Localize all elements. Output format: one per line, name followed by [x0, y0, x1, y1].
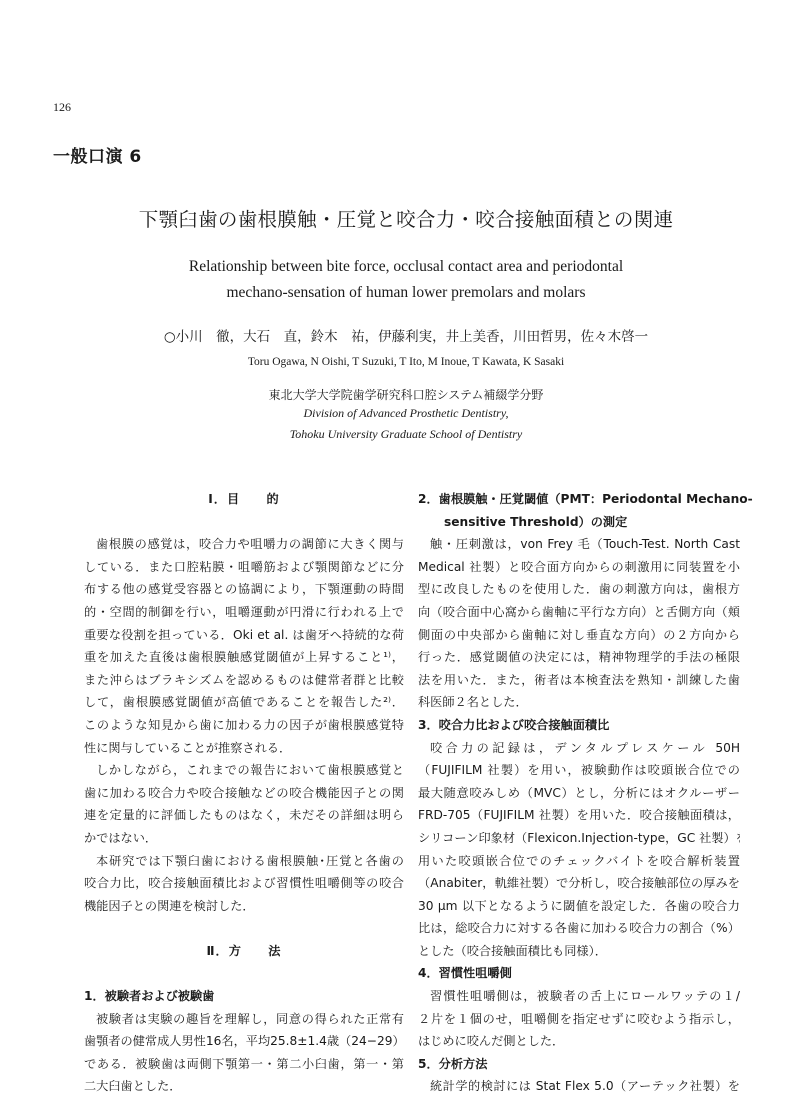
- body-line: 性に関与していることが推察される．: [84, 737, 404, 760]
- authors-japanese: ○小川 徹，大石 直，鈴木 祐，伊藤利実，井上美香，川田哲男，佐々木啓一: [0, 325, 812, 345]
- subsection-heading-subjects: 1．被験者および被験歯: [84, 985, 404, 1008]
- body-line: 本研究では下顎臼歯における歯根膜触･圧覚と各歯の: [84, 850, 404, 873]
- body-line: 重要な役割を担っている．Oki et al. は歯牙へ持続的な荷: [84, 624, 404, 647]
- affiliation-english-line-2: Tohoku University Graduate School of Den…: [0, 427, 812, 442]
- body-line: 統計学的検討には Stat Flex 5.0（アーテック社製）を: [418, 1075, 740, 1098]
- body-line: 30 μm 以下となるように閾値を設定した．各歯の咬合力: [418, 895, 740, 918]
- body-line: 用いた咬頭嵌合位でのチェックバイトを咬合解析装置: [418, 850, 740, 873]
- body-line: 咬合力の記録は，デンタルプレスケール 50H: [418, 737, 740, 760]
- body-line: 触・圧刺激は，von Frey 毛（Touch-Test. North Cast: [418, 533, 740, 556]
- body-line: である．被験歯は両側下顎第一・第二小臼歯，第一・第: [84, 1053, 404, 1076]
- body-line: はじめに咬んだ側とした．: [418, 1030, 740, 1053]
- body-line: 法を用いた．また，術者は本検査法を熟知・訓練した歯: [418, 669, 740, 692]
- body-line: （Anabiter，軌維社製）で分析し，咬合接触部位の厚みを: [418, 872, 740, 895]
- left-column: Ⅰ．目 的 歯根膜の感覚は，咬合力や咀嚼力の調節に大きく関与 している．また口腔…: [84, 488, 404, 1098]
- subsection-heading-analysis: 5．分析方法: [418, 1053, 740, 1076]
- spacer: [84, 917, 404, 940]
- body-line: 比は，総咬合力に対する各歯に加わる咬合力の割合（%）: [418, 917, 740, 940]
- body-line: して，歯根膜感覚閾値が高値であることを報告した²⁾．: [84, 691, 404, 714]
- spacer: [84, 511, 404, 534]
- subsection-heading-bite-force: 3．咬合力比および咬合接触面積比: [418, 714, 740, 737]
- body-line: 布する他の感覚受容器との協調により，下顎運動の時間: [84, 578, 404, 601]
- body-line: （FUJIFILM 社製）を用い，被験動作は咬頭嵌合位での: [418, 759, 740, 782]
- authors-english: Toru Ogawa, N Oishi, T Suzuki, T Ito, M …: [0, 356, 812, 368]
- affiliation-japanese: 東北大学大学院歯学研究科口腔システム補綴学分野: [0, 386, 812, 403]
- body-line: 歯に加わる咬合力や咬合接触などの咬合機能因子との関: [84, 782, 404, 805]
- right-column: 2．歯根膜触・圧覚閾値（PMT：Periodontal Mechano- sen…: [418, 488, 740, 1098]
- body-line: 向（咬合面中心窩から歯軸に平行な方向）と舌側方向（頬: [418, 601, 740, 624]
- title-japanese: 下顎臼歯の歯根膜触・圧覚と咬合力・咬合接触面積との関連: [0, 204, 812, 232]
- body-line: シリコーン印象材（Flexicon.Injection-type，GC 社製）を: [418, 827, 740, 850]
- subsection-heading-pmt-cont: sensitive Threshold）の測定: [418, 511, 740, 534]
- body-line: 咬合力比，咬合接触面積比および習慣性咀嚼側等の咬合: [84, 872, 404, 895]
- body-line: 連を定量的に評価したものはなく，未だその詳細は明ら: [84, 804, 404, 827]
- body-line: 最大随意咬みしめ（MVC）とし，分析にはオクルーザー: [418, 782, 740, 805]
- subsection-heading-pmt: 2．歯根膜触・圧覚閾値（PMT：Periodontal Mechano-: [418, 488, 740, 511]
- title-english-line-1: Relationship between bite force, occlusa…: [0, 258, 812, 276]
- subsection-heading-chewing-side: 4．習慣性咀嚼側: [418, 962, 740, 985]
- body-line: 重を加えた直後は歯根膜触感覚閾値が上昇すること¹⁾，: [84, 646, 404, 669]
- section-heading-methods: Ⅱ．方 法: [84, 940, 404, 963]
- body-line: 型に改良したものを使用した．歯の刺激方向は，歯根方: [418, 578, 740, 601]
- body-line: 的・空間的制御を行い，咀嚼運動が円滑に行われる上で: [84, 601, 404, 624]
- title-english-line-2: mechano-sensation of human lower premola…: [0, 284, 812, 302]
- body-line: 二大臼歯とした．: [84, 1075, 404, 1098]
- spacer: [84, 962, 404, 985]
- body-line: また沖らはブラキシズムを認めるものは健常者群と比較: [84, 669, 404, 692]
- page-number: 126: [53, 100, 71, 115]
- body-line: 科医師２名とした．: [418, 691, 740, 714]
- body-line: 行った．感覚閾値の決定には，精神物理学的手法の極限: [418, 646, 740, 669]
- body-line: FRD-705（FUJIFILM 社製）を用いた．咬合接触面積は，: [418, 804, 740, 827]
- affiliation-english-line-1: Division of Advanced Prosthetic Dentistr…: [0, 406, 812, 421]
- body-line: 歯根膜の感覚は，咬合力や咀嚼力の調節に大きく関与: [84, 533, 404, 556]
- body-line: このような知見から歯に加わる力の因子が歯根膜感覚特: [84, 714, 404, 737]
- body-line: 機能因子との関連を検討した．: [84, 895, 404, 918]
- body-line: 被験者は実験の趣旨を理解し，同意の得られた正常有: [84, 1008, 404, 1031]
- body-line: Medical 社製）と咬合面方向からの刺激用に同装置を小: [418, 556, 740, 579]
- body-line: 歯顎者の健常成人男性16名，平均25.8±1.4歳（24−29）: [84, 1030, 404, 1053]
- section-heading-purpose: Ⅰ．目 的: [84, 488, 404, 511]
- body-line: ２片を１個のせ，咀嚼側を指定せずに咬むよう指示し，: [418, 1008, 740, 1031]
- body-line: とした（咬合接触面積比も同様）．: [418, 940, 740, 963]
- body-line: している．また口腔粘膜・咀嚼筋および顎関節などに分: [84, 556, 404, 579]
- body-line: かではない．: [84, 827, 404, 850]
- body-line: 習慣性咀嚼側は，被験者の舌上にロールワッテの１/: [418, 985, 740, 1008]
- session-label: 一般口演 6: [53, 142, 142, 167]
- body-line: 側面の中央部から歯軸に対し垂直な方向）の２方向から: [418, 624, 740, 647]
- body-line: しかしながら，これまでの報告において歯根膜感覚と: [84, 759, 404, 782]
